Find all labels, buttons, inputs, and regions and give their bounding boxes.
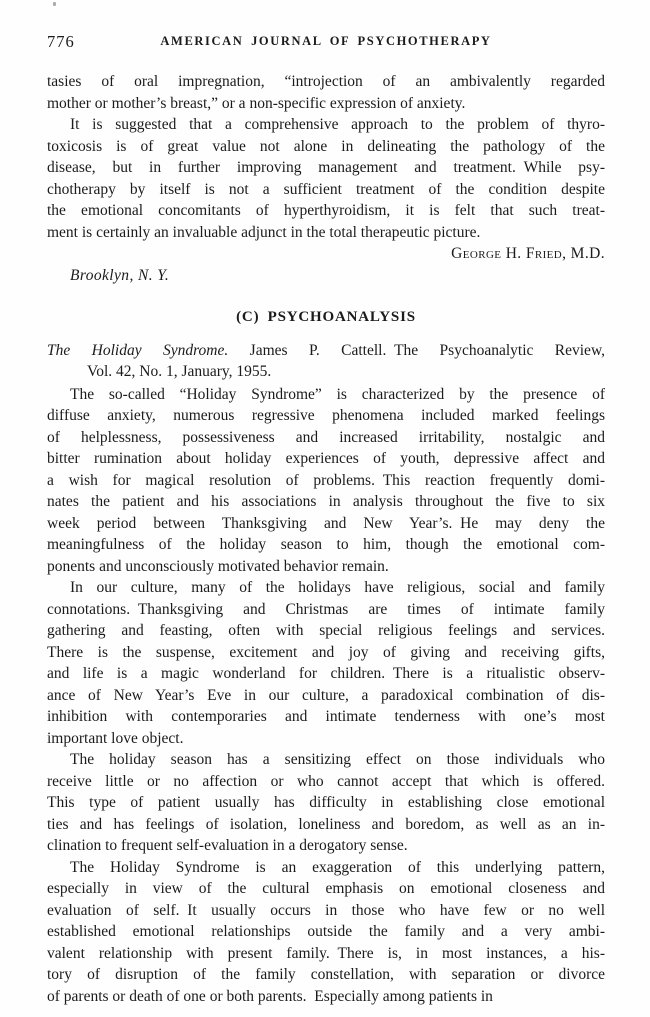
text-line: ponents and unconsciously motivated beha…: [47, 556, 605, 578]
scanned-journal-page: { "header": { "page_number": "776", "jou…: [0, 0, 650, 1017]
journal-title: AMERICAN JOURNAL OF PSYCHOTHERAPY: [47, 34, 605, 49]
paragraph-suggested: It is suggested that a comprehensive app…: [47, 114, 605, 243]
text-line: of parents or death of one or both paren…: [47, 986, 605, 1008]
paragraph-season: The holiday season has a sensitizing eff…: [47, 749, 605, 857]
text-line: diffuse anxiety, numerous regressive phe…: [47, 405, 605, 427]
scan-artifact: [53, 2, 56, 6]
paragraph-exaggeration: The Holiday Syndrome is an exaggeration …: [47, 857, 605, 1008]
paragraph-culture: In our culture, many of the holidays hav…: [47, 577, 605, 749]
text-line: toxicosis is of great value not alone in…: [47, 136, 605, 158]
citation-line-1: The Holiday Syndrome. James P. Cattell. …: [47, 340, 605, 362]
text-line: It is suggested that a comprehensive app…: [47, 114, 605, 136]
text-line: ment is certainly an invaluable adjunct …: [47, 222, 605, 244]
citation-title: The Holiday Syndrome.: [47, 342, 228, 359]
paragraph-socalled: The so-called “Holiday Syndrome” is char…: [47, 384, 605, 578]
text-line: meaningfulness of the holiday season to …: [47, 534, 605, 556]
text-line: ties and has feelings of isolation, lone…: [47, 814, 605, 836]
text-line: week period between Thanksgiving and New…: [47, 513, 605, 535]
text-line: The so-called “Holiday Syndrome” is char…: [47, 384, 605, 406]
text-line: clination to frequent self-evaluation in…: [47, 835, 605, 857]
running-header: 776 AMERICAN JOURNAL OF PSYCHOTHERAPY: [47, 32, 605, 52]
text-line: inhibition with contemporaries and intim…: [47, 706, 605, 728]
citation-authors: James P. Cattell. The Psychoanalytic Rev…: [250, 342, 605, 359]
text-line: bitter rumination about holiday experien…: [47, 448, 605, 470]
text-line: tasies of oral impregnation, “introjecti…: [47, 71, 605, 93]
text-line: The Holiday Syndrome is an exaggeration …: [47, 857, 605, 879]
text-line: important love object.: [47, 728, 605, 750]
author-signature: George H. Fried, M.D.: [47, 243, 605, 265]
citation-volume: Vol. 42, No. 1, January, 1955.: [87, 361, 605, 383]
text-line: tory of disruption of the family constel…: [47, 964, 605, 986]
text-line: nates the patient and his associations i…: [47, 491, 605, 513]
text-line: evaluation of self. It usually occurs in…: [47, 900, 605, 922]
article-citation: The Holiday Syndrome. James P. Cattell. …: [47, 340, 605, 383]
text-line: In our culture, many of the holidays hav…: [47, 577, 605, 599]
text-line: gathering and feasting, often with speci…: [47, 620, 605, 642]
text-line: the emotional concomitants of hyperthyro…: [47, 200, 605, 222]
text-line: connotations. Thanksgiving and Christmas…: [47, 599, 605, 621]
text-line: disease, but in further improving manage…: [47, 157, 605, 179]
text-line: chotherapy by itself is not a sufficient…: [47, 179, 605, 201]
paragraph-continuation: tasies of oral impregnation, “introjecti…: [47, 71, 605, 114]
text-line: and life is a magic wonderland for child…: [47, 663, 605, 685]
section-heading: (C) PSYCHOANALYSIS: [47, 307, 605, 329]
text-line: ance of New Year’s Eve in our culture, a…: [47, 685, 605, 707]
text-line: The holiday season has a sensitizing eff…: [47, 749, 605, 771]
text-line: established emotional relationships outs…: [47, 921, 605, 943]
text-line: mother or mother’s breast,” or a non-spe…: [47, 93, 605, 115]
text-line: This type of patient usually has difficu…: [47, 792, 605, 814]
text-line: especially in view of the cultural empha…: [47, 878, 605, 900]
page-body: tasies of oral impregnation, “introjecti…: [47, 71, 605, 1007]
text-line: of helplessness, possessiveness and incr…: [47, 427, 605, 449]
text-line: valent relationship with present family.…: [47, 943, 605, 965]
text-line: receive little or no affection or who ca…: [47, 771, 605, 793]
author-location: Brooklyn, N. Y.: [70, 265, 605, 287]
text-line: a wish for magical resolution of problem…: [47, 470, 605, 492]
text-line: There is the suspense, excitement and jo…: [47, 642, 605, 664]
